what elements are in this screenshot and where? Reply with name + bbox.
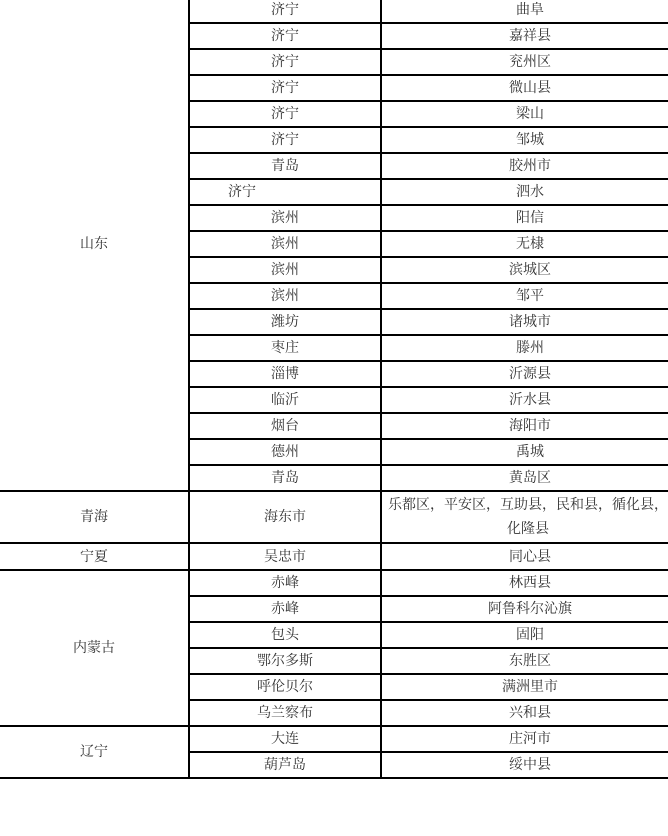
county-cell: 固阳 (381, 622, 668, 648)
county-cell: 庄河市 (381, 726, 668, 752)
city-cell: 济宁 (189, 23, 381, 49)
county-cell: 满洲里市 (381, 674, 668, 700)
table-row: 青海 海东市 乐都区，平安区，互助县，民和县，循化县，化隆县 (0, 491, 668, 543)
city-cell: 济宁 (189, 127, 381, 153)
county-cell: 东胜区 (381, 648, 668, 674)
county-cell: 诸城市 (381, 309, 668, 335)
region-table-container: 山东 济宁 曲阜 济宁 嘉祥县 济宁 兖州区 济宁 微山县 济宁 梁山 济宁 (0, 0, 668, 779)
city-cell: 包头 (189, 622, 381, 648)
city-cell: 德州 (189, 439, 381, 465)
city-cell: 青岛 (189, 465, 381, 491)
county-cell: 邹平 (381, 283, 668, 309)
city-cell: 滨州 (189, 231, 381, 257)
county-cell: 林西县 (381, 570, 668, 596)
county-cell: 曲阜 (381, 0, 668, 23)
province-cell: 青海 (0, 491, 189, 543)
county-cell: 滕州 (381, 335, 668, 361)
county-cell: 兴和县 (381, 700, 668, 726)
county-cell: 同心县 (381, 543, 668, 570)
county-cell: 滨城区 (381, 257, 668, 283)
city-cell: 济宁 (189, 179, 381, 205)
county-cell: 绥中县 (381, 752, 668, 778)
city-cell: 吴忠市 (189, 543, 381, 570)
city-cell: 葫芦岛 (189, 752, 381, 778)
city-cell: 枣庄 (189, 335, 381, 361)
county-cell: 无棣 (381, 231, 668, 257)
county-cell: 沂水县 (381, 387, 668, 413)
province-cell: 山东 (0, 0, 189, 491)
county-cell: 乐都区，平安区，互助县，民和县，循化县，化隆县 (381, 491, 668, 543)
county-cell: 梁山 (381, 101, 668, 127)
county-cell: 兖州区 (381, 49, 668, 75)
table-row: 山东 济宁 曲阜 (0, 0, 668, 23)
city-cell: 赤峰 (189, 570, 381, 596)
city-cell: 滨州 (189, 283, 381, 309)
city-cell: 烟台 (189, 413, 381, 439)
province-cell: 辽宁 (0, 726, 189, 778)
county-cell: 黄岛区 (381, 465, 668, 491)
region-table: 山东 济宁 曲阜 济宁 嘉祥县 济宁 兖州区 济宁 微山县 济宁 梁山 济宁 (0, 0, 668, 779)
city-cell: 济宁 (189, 49, 381, 75)
city-cell: 济宁 (189, 101, 381, 127)
city-cell: 海东市 (189, 491, 381, 543)
table-row: 宁夏 吴忠市 同心县 (0, 543, 668, 570)
city-cell: 大连 (189, 726, 381, 752)
county-cell: 禹城 (381, 439, 668, 465)
city-cell: 赤峰 (189, 596, 381, 622)
county-cell: 嘉祥县 (381, 23, 668, 49)
county-cell: 沂源县 (381, 361, 668, 387)
table-row: 内蒙古 赤峰 林西县 (0, 570, 668, 596)
city-cell: 乌兰察布 (189, 700, 381, 726)
city-cell: 滨州 (189, 205, 381, 231)
city-cell: 潍坊 (189, 309, 381, 335)
county-cell: 胶州市 (381, 153, 668, 179)
city-cell: 济宁 (189, 0, 381, 23)
province-cell: 宁夏 (0, 543, 189, 570)
city-cell: 呼伦贝尔 (189, 674, 381, 700)
city-cell: 临沂 (189, 387, 381, 413)
county-cell: 阳信 (381, 205, 668, 231)
city-cell: 鄂尔多斯 (189, 648, 381, 674)
city-cell: 淄博 (189, 361, 381, 387)
county-cell: 邹城 (381, 127, 668, 153)
city-cell: 济宁 (189, 75, 381, 101)
table-row: 辽宁 大连 庄河市 (0, 726, 668, 752)
city-cell: 青岛 (189, 153, 381, 179)
city-cell: 滨州 (189, 257, 381, 283)
county-cell: 泗水 (381, 179, 668, 205)
county-cell: 海阳市 (381, 413, 668, 439)
county-cell: 微山县 (381, 75, 668, 101)
province-cell: 内蒙古 (0, 570, 189, 726)
county-cell: 阿鲁科尔沁旗 (381, 596, 668, 622)
